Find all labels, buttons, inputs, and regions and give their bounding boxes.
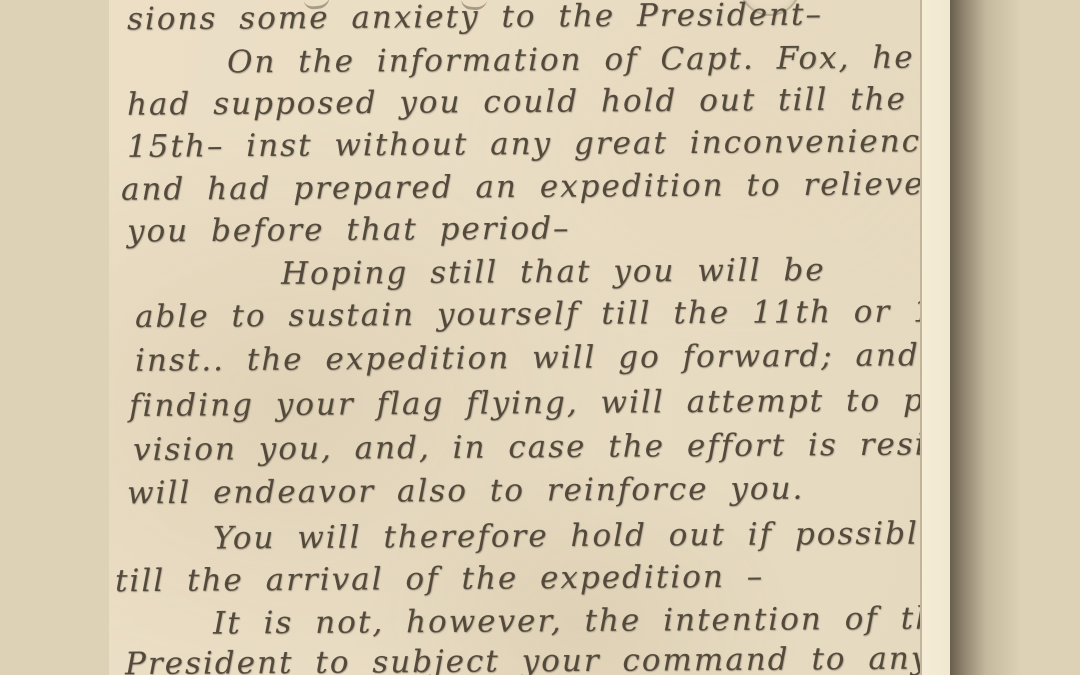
letter-line: inst.. the expedition will go forward; a… bbox=[135, 338, 922, 378]
letter-scan-image: sions some anxiety to the President– On … bbox=[109, 0, 1022, 675]
letter-line: till the arrival of the expedition – bbox=[115, 560, 764, 599]
letter-line: sions some anxiety to the President– bbox=[127, 0, 823, 36]
letter-line: able to sustain yourself till the 11th o… bbox=[135, 294, 922, 334]
scan-binding-shadow bbox=[950, 0, 1022, 675]
letter-line: It is not, however, the intention of the bbox=[213, 601, 922, 640]
scan-page-edge bbox=[922, 0, 950, 675]
letter-line: 15th– inst without any great inconvenien… bbox=[127, 124, 922, 164]
letter-line: Hoping still that you will be bbox=[281, 253, 826, 291]
letter-line: will endeavor also to reinforce you. bbox=[127, 472, 805, 511]
letter-line: you before that period– bbox=[127, 211, 571, 248]
letter-line: had supposed you could hold out till the bbox=[127, 82, 907, 121]
letter-line: You will therefore hold out if possible bbox=[213, 516, 922, 555]
letter-line: On the information of Capt. Fox, he bbox=[227, 41, 915, 80]
letter-line: finding your flag flying, will attempt t… bbox=[129, 383, 922, 423]
letter-line: and had prepared an expedition to reliev… bbox=[121, 167, 922, 207]
letter-line: vision you, and, in case the effort is r… bbox=[133, 427, 922, 467]
letter-paper: sions some anxiety to the President– On … bbox=[109, 0, 922, 675]
letter-line: President to subject your command to any… bbox=[125, 641, 922, 675]
